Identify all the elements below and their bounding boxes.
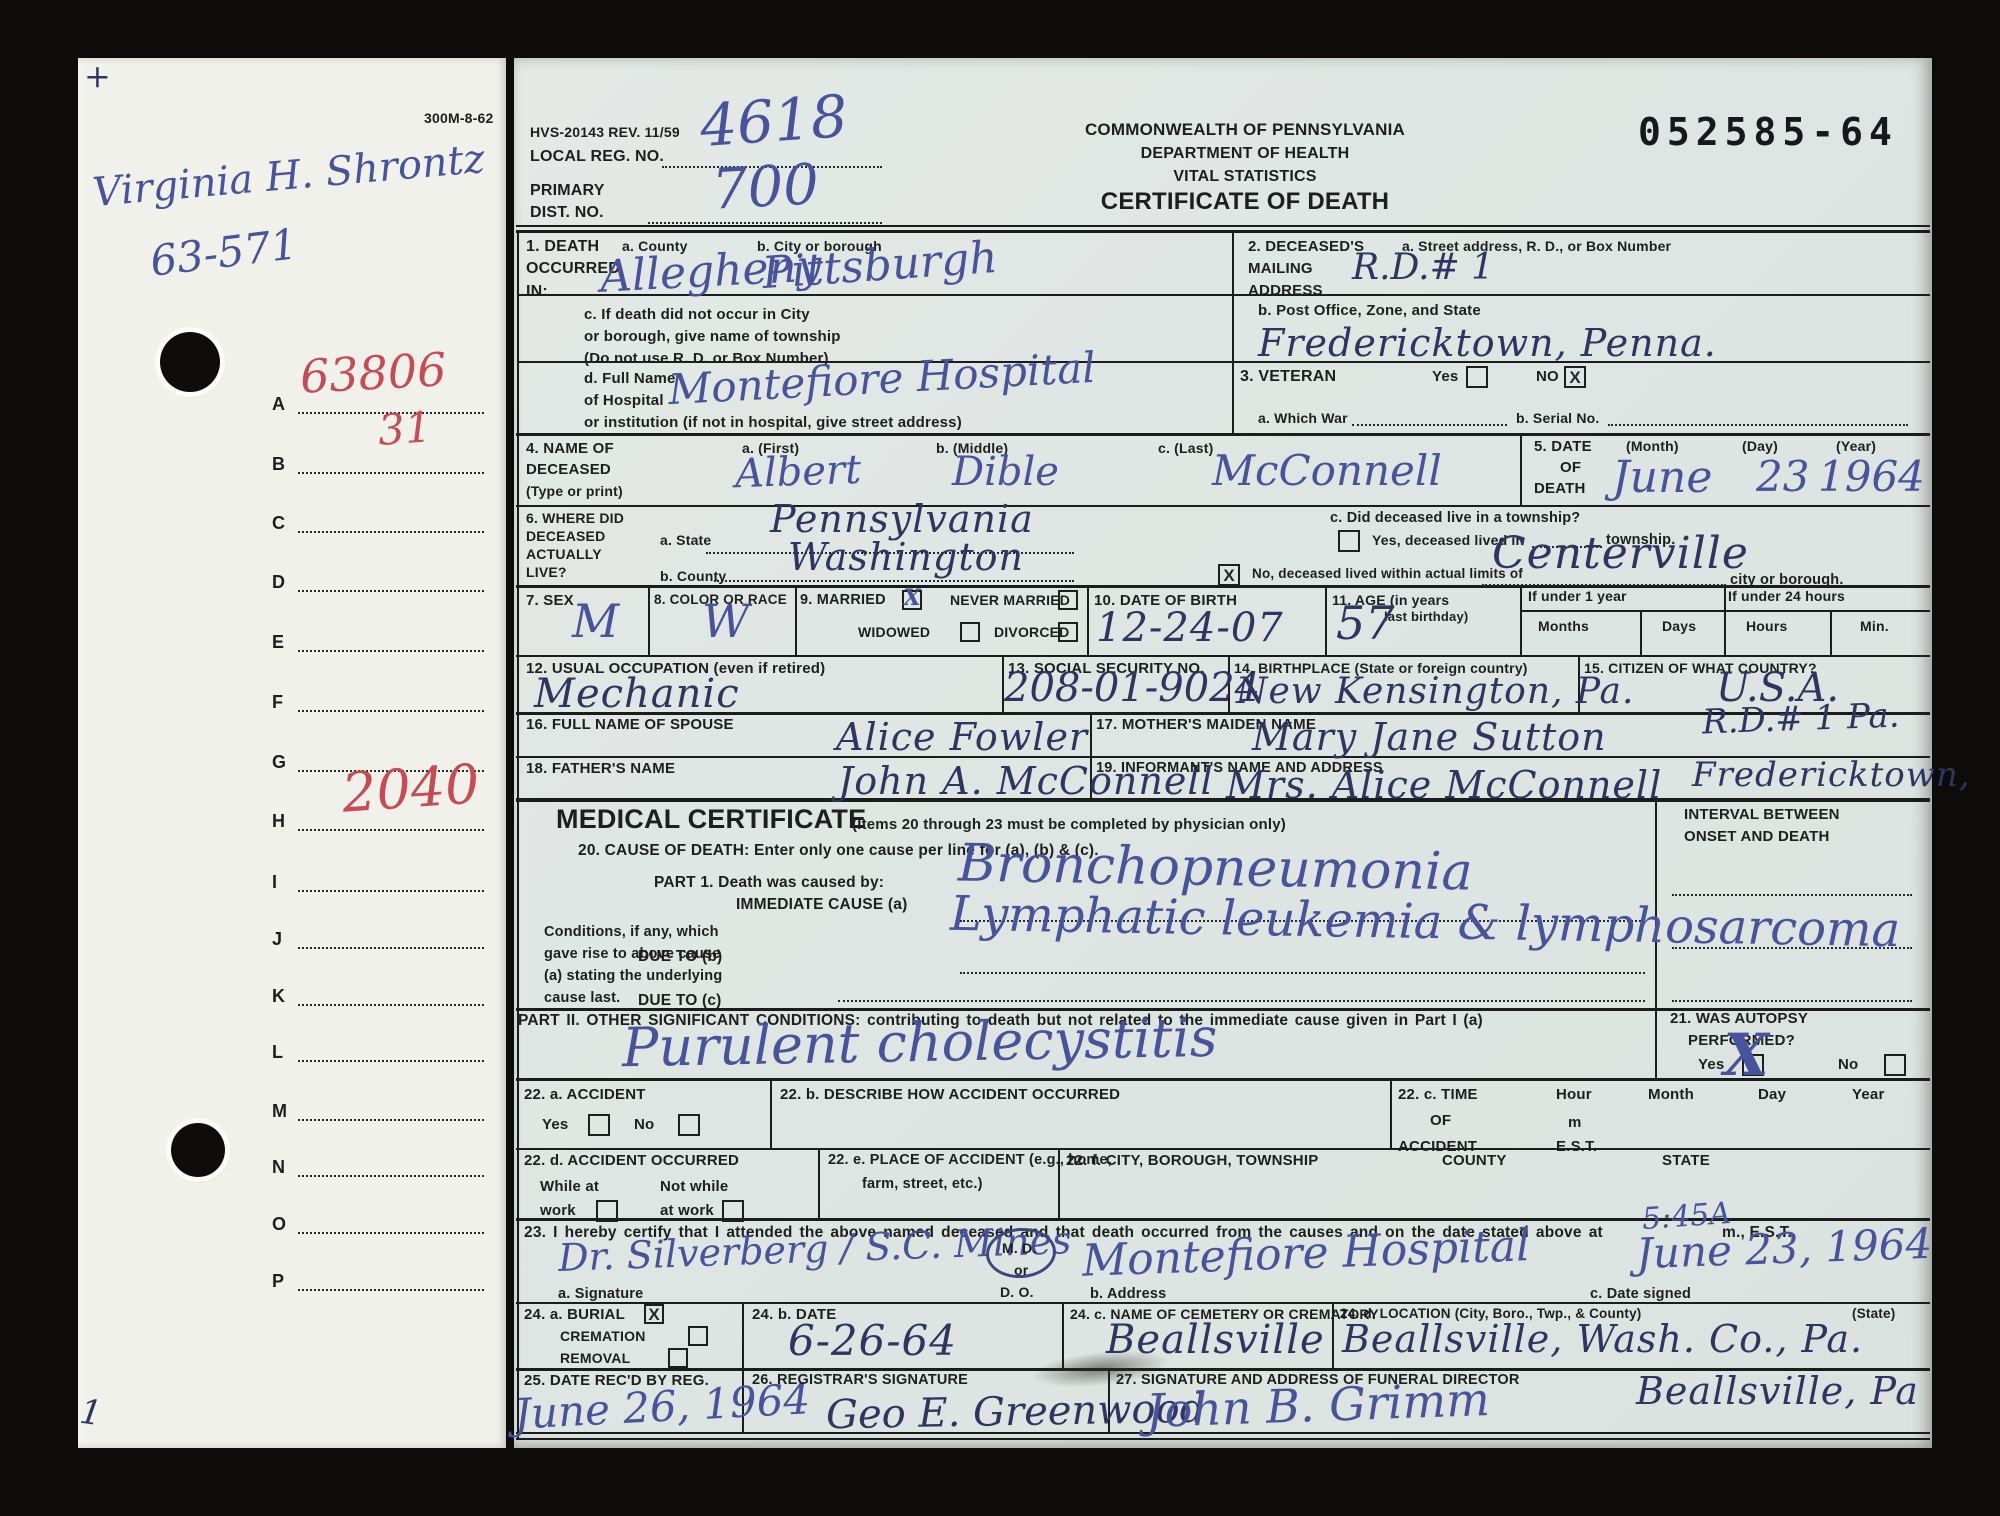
s6-borough-suffix: city or borough. bbox=[1730, 572, 1844, 589]
index-line bbox=[298, 650, 484, 652]
s10-dob-value: 12-24-07 bbox=[1096, 608, 1284, 648]
s9-widowed-label: WIDOWED bbox=[858, 624, 930, 640]
rule bbox=[516, 655, 1930, 657]
s23-address-label: b. Address bbox=[1090, 1286, 1166, 1303]
rule bbox=[1520, 433, 1522, 505]
s6-no-mark: X bbox=[1223, 567, 1234, 584]
s9-widowed-checkbox bbox=[960, 622, 980, 642]
s5-month-value: June bbox=[1612, 456, 1712, 500]
s4-last-value: McConnell bbox=[1212, 450, 1442, 492]
s22f-city-label: 22. f. CITY, BOROUGH, TOWNSHIP bbox=[1066, 1152, 1318, 1169]
rule bbox=[1390, 1078, 1392, 1148]
rule bbox=[516, 1302, 1930, 1304]
s1-hospital-label-2: of Hospital bbox=[584, 392, 664, 409]
s20-conditions-4: cause last. bbox=[544, 990, 620, 1007]
index-letter: J bbox=[272, 929, 282, 950]
index-line bbox=[298, 590, 484, 592]
punch-hole-bottom bbox=[171, 1123, 225, 1177]
index-value-b: 31 bbox=[377, 406, 433, 452]
index-letter: B bbox=[272, 454, 285, 475]
s22a-yes-checkbox bbox=[588, 1114, 610, 1136]
s22a-accident-label: 22. a. ACCIDENT bbox=[524, 1086, 646, 1103]
index-line bbox=[298, 531, 484, 533]
rule bbox=[1520, 610, 1930, 612]
s24-removal-checkbox bbox=[668, 1348, 688, 1368]
s6-state-value: Pennsylvania bbox=[770, 500, 1034, 538]
org-line3: VITAL STATISTICS bbox=[1010, 168, 1480, 186]
s22d-while-label-2: work bbox=[540, 1202, 576, 1219]
index-letter: H bbox=[272, 811, 285, 832]
s19-informant-addr-line2: Fredericktown, bbox=[1692, 758, 1971, 792]
part2-value: Purulent cholecystitis bbox=[622, 1011, 1218, 1075]
dist-no-value: 700 bbox=[711, 157, 821, 219]
s22f-county-label: COUNTY bbox=[1442, 1152, 1507, 1169]
s24-removal-label: REMOVAL bbox=[560, 1350, 630, 1366]
s1-label-1: 1. DEATH bbox=[526, 238, 599, 256]
s9-married-checkbox: X bbox=[902, 590, 922, 610]
s6-no-checkbox: X bbox=[1218, 564, 1240, 586]
index-letter: A bbox=[272, 394, 285, 415]
interval-label-1: INTERVAL BETWEEN bbox=[1684, 806, 1840, 823]
s20-cause-b-line bbox=[960, 972, 1645, 974]
s11-age-value: 57 bbox=[1336, 600, 1395, 646]
rule bbox=[517, 230, 519, 1438]
rule bbox=[1724, 585, 1726, 655]
s3-no-label: NO bbox=[1536, 368, 1559, 385]
interval-label-2: ONSET AND DEATH bbox=[1684, 828, 1830, 845]
org-line1: COMMONWEALTH OF PENNSYLVANIA bbox=[1010, 120, 1480, 140]
rule bbox=[1520, 585, 1522, 655]
rule bbox=[1325, 585, 1327, 655]
punch-hole-top bbox=[160, 332, 220, 392]
rule bbox=[516, 505, 1930, 507]
index-line bbox=[298, 947, 484, 949]
index-letter: D bbox=[272, 572, 285, 593]
rule bbox=[516, 225, 1930, 227]
s3-serial-label: b. Serial No. bbox=[1516, 410, 1600, 426]
s6-label-2: DECEASED bbox=[526, 528, 605, 544]
file-number-stamp: 052585-64 bbox=[1638, 110, 1898, 154]
s24-cremation-checkbox bbox=[688, 1326, 708, 1346]
index-line bbox=[298, 710, 484, 712]
index-letter: K bbox=[272, 986, 285, 1007]
s20-due-c-label: DUE TO (c) bbox=[638, 992, 722, 1010]
s1-hospital-label-1: d. Full Name bbox=[584, 370, 676, 387]
s6-county-line bbox=[714, 580, 1074, 582]
s8-race-value: W bbox=[702, 598, 749, 644]
rule bbox=[795, 585, 797, 655]
s2-label-2: MAILING bbox=[1248, 260, 1313, 277]
s1-township-note-2: or borough, give name of township bbox=[584, 328, 841, 345]
s19-informant-addr-line1: R.D.# 1 Pa. bbox=[1701, 699, 1900, 740]
index-letter: P bbox=[272, 1271, 284, 1292]
s22c-hour-label: Hour bbox=[1556, 1086, 1592, 1103]
s5-day-value: 23 bbox=[1756, 456, 1809, 498]
rule bbox=[1087, 585, 1089, 655]
s20-conditions-3: (a) stating the underlying bbox=[544, 968, 722, 985]
s11-months-label: Months bbox=[1538, 618, 1589, 634]
index-value-a: 63806 bbox=[299, 346, 448, 400]
s20-part1-label: PART 1. Death was caused by: bbox=[654, 874, 884, 892]
local-reg-value: 4618 bbox=[698, 87, 849, 155]
s20-cause-c-line bbox=[838, 1000, 1645, 1002]
index-line bbox=[298, 472, 484, 474]
s22c-month-label: Month bbox=[1648, 1086, 1694, 1103]
index-letter: E bbox=[272, 632, 284, 653]
s4-label-3: (Type or print) bbox=[526, 483, 623, 499]
s4-label-2: DECEASED bbox=[526, 461, 611, 478]
rule bbox=[516, 1148, 1930, 1150]
s21-no-checkbox bbox=[1884, 1054, 1906, 1076]
s2-street-value: R.D.# 1 bbox=[1352, 250, 1494, 286]
index-letter: M bbox=[272, 1101, 287, 1122]
s23-or-label: or bbox=[1014, 1262, 1028, 1278]
s23-signature-label: a. Signature bbox=[558, 1286, 643, 1303]
index-letter: C bbox=[272, 513, 285, 534]
s7-sex-value: M bbox=[572, 598, 619, 644]
medical-certificate-title: MEDICAL CERTIFICATE bbox=[556, 804, 866, 835]
s3-yes-checkbox bbox=[1466, 366, 1488, 388]
s11-min-label: Min. bbox=[1860, 618, 1889, 634]
s2-label-3: ADDRESS bbox=[1248, 282, 1323, 299]
certificate-title: CERTIFICATE OF DEATH bbox=[1010, 188, 1480, 216]
s23-date-signed-label: c. Date signed bbox=[1590, 1286, 1691, 1303]
s4-first-value: Albert bbox=[734, 450, 861, 494]
index-letter: O bbox=[272, 1214, 286, 1235]
s1-township-note-1: c. If death did not occur in City bbox=[584, 306, 810, 323]
s2-postoffice-label: b. Post Office, Zone, and State bbox=[1258, 302, 1481, 319]
s22d-while-label-1: While at bbox=[540, 1178, 599, 1195]
s24-burial-mark: X bbox=[648, 1306, 659, 1323]
rule bbox=[1640, 610, 1642, 655]
s2-postoffice-value: Fredericktown, Penna. bbox=[1258, 324, 1717, 362]
rule bbox=[818, 1148, 820, 1218]
index-letter: I bbox=[272, 872, 277, 893]
s20-immediate-label: IMMEDIATE CAUSE (a) bbox=[736, 896, 907, 914]
s22d-occurred-label: 22. d. ACCIDENT OCCURRED bbox=[524, 1152, 739, 1169]
s24-cremation-label: CREMATION bbox=[560, 1328, 646, 1344]
s13-ssn-value: 208-01-9024 bbox=[1004, 668, 1260, 708]
s19-informant-name: Mrs. Alice McConnell bbox=[1226, 766, 1662, 804]
form-number: HVS-20143 REV. 11/59 bbox=[530, 124, 680, 140]
s6-place-value: Centerville bbox=[1492, 532, 1749, 576]
s11-age-label-2: last birthday) bbox=[1384, 610, 1468, 625]
s3-no-checkbox: X bbox=[1564, 366, 1586, 388]
s4-label-1: 4. NAME OF bbox=[526, 440, 614, 457]
s11-under24hr-label: If under 24 hours bbox=[1728, 588, 1845, 604]
org-line2: DEPARTMENT OF HEALTH bbox=[1010, 145, 1480, 163]
s16-spouse-value: Alice Fowler bbox=[836, 718, 1088, 756]
index-line bbox=[298, 890, 484, 892]
s6-state-label: a. State bbox=[660, 532, 711, 548]
s16-spouse-label: 16. FULL NAME OF SPOUSE bbox=[526, 716, 734, 733]
s22c-est-label: E.S.T. bbox=[1556, 1138, 1597, 1155]
stub-form-code: 300M-8-62 bbox=[424, 110, 494, 126]
s22d-notwhile-label-1: Not while bbox=[660, 1178, 728, 1195]
s23-md-label: M. D. bbox=[1002, 1240, 1036, 1256]
s21-yes-label: Yes bbox=[1698, 1056, 1724, 1073]
s6-label-3: ACTUALLY bbox=[526, 546, 602, 562]
interval-line-a bbox=[1672, 894, 1912, 896]
s27-funeral-director-address: Beallsville, Pa bbox=[1636, 1372, 1919, 1410]
s4-last-label: c. (Last) bbox=[1158, 440, 1213, 456]
s7-sex-label: 7. SEX bbox=[526, 592, 574, 609]
interval-line-c bbox=[1672, 1000, 1912, 1002]
s5-label-3: DEATH bbox=[1534, 480, 1586, 497]
s11-hours-label: Hours bbox=[1746, 618, 1787, 634]
rule bbox=[516, 798, 1930, 802]
index-line bbox=[298, 1232, 484, 1234]
index-line bbox=[298, 1175, 484, 1177]
s6-county-value: Washington bbox=[788, 538, 1024, 576]
s22c-year-label: Year bbox=[1852, 1086, 1885, 1103]
s6-label-4: LIVE? bbox=[526, 564, 567, 580]
s17-mother-value: Mary Jane Sutton bbox=[1252, 718, 1607, 756]
s22c-day-label: Day bbox=[1758, 1086, 1786, 1103]
s21-no-label: No bbox=[1838, 1056, 1858, 1073]
index-letter: F bbox=[272, 692, 283, 713]
rule bbox=[770, 1078, 772, 1148]
rule bbox=[648, 585, 650, 655]
s22a-no-checkbox bbox=[678, 1114, 700, 1136]
s22d-while-checkbox bbox=[596, 1200, 618, 1222]
s6-yes-checkbox bbox=[1338, 530, 1360, 552]
s24-burial-checkbox: X bbox=[644, 1304, 664, 1324]
s21-yes-checkbox: X bbox=[1742, 1054, 1764, 1076]
scanned-death-certificate: + 300M-8-62 Virginia H. Shrontz 63-571 A… bbox=[0, 0, 2000, 1516]
s1-label-3: IN: bbox=[526, 283, 548, 301]
s3-serial-line bbox=[1608, 424, 1908, 426]
pen-plus-mark: + bbox=[84, 60, 111, 92]
rule bbox=[1830, 610, 1832, 655]
s18-father-label: 18. FATHER'S NAME bbox=[526, 760, 675, 777]
s22c-time-label: 22. c. TIME bbox=[1398, 1086, 1478, 1103]
s27-funeral-director-signature: John B. Grimm bbox=[1145, 1376, 1490, 1434]
s21-yes-mark: X bbox=[1724, 1026, 1769, 1084]
s11-days-label: Days bbox=[1662, 618, 1696, 634]
s1-hospital-label-3: or institution (if not in hospital, give… bbox=[584, 414, 962, 431]
dist-no-line bbox=[648, 222, 882, 224]
s22d-notwhile-checkbox bbox=[722, 1200, 744, 1222]
s3-yes-label: Yes bbox=[1432, 368, 1458, 385]
index-line bbox=[298, 1060, 484, 1062]
s9-never-checkbox bbox=[1058, 590, 1078, 610]
s3-war-line bbox=[1352, 424, 1507, 426]
index-letter: G bbox=[272, 752, 286, 773]
s5-label-2: OF bbox=[1560, 459, 1581, 476]
index-line bbox=[298, 1289, 484, 1291]
s22c-of-label: OF bbox=[1430, 1112, 1451, 1129]
s9-married-label: 9. MARRIED bbox=[800, 592, 886, 609]
rule bbox=[1232, 232, 1234, 433]
s22c-m-label: m bbox=[1568, 1114, 1582, 1131]
index-value-h: 2040 bbox=[340, 757, 481, 820]
s3-war-label: a. Which War bbox=[1258, 410, 1348, 426]
s20-due-b-label: DUE TO (b) bbox=[638, 948, 722, 966]
index-letter: N bbox=[272, 1157, 285, 1178]
index-line bbox=[298, 829, 484, 831]
local-reg-label: LOCAL REG. NO. bbox=[530, 148, 664, 166]
s26-registrar-label: 26. REGISTRAR'S SIGNATURE bbox=[752, 1372, 968, 1389]
primary-label: PRIMARY bbox=[530, 182, 605, 200]
s2-label-1: 2. DECEASED'S bbox=[1248, 238, 1364, 255]
medical-certificate-subtitle: (Items 20 through 23 must be completed b… bbox=[852, 816, 1286, 833]
s6-label-1: 6. WHERE DID bbox=[526, 510, 624, 526]
rule bbox=[516, 1078, 1930, 1081]
s22b-describe-label: 22. b. DESCRIBE HOW ACCIDENT OCCURRED bbox=[780, 1086, 1120, 1103]
rule bbox=[516, 1438, 1930, 1440]
s20-conditions-1: Conditions, if any, which bbox=[544, 924, 719, 941]
s5-year-value: 1964 bbox=[1818, 456, 1925, 498]
s12-occupation-value: Mechanic bbox=[534, 674, 740, 714]
s22e-place-label-2: farm, street, etc.) bbox=[862, 1176, 983, 1193]
s22d-notwhile-label-2: at work bbox=[660, 1202, 714, 1219]
s14-birthplace-value: New Kensington, Pa. bbox=[1236, 674, 1634, 710]
s22a-no-label: No bbox=[634, 1116, 654, 1133]
s9-married-mark: X bbox=[903, 587, 920, 609]
s22a-yes-label: Yes bbox=[542, 1116, 568, 1133]
s23-do-label: D. O. bbox=[1000, 1284, 1034, 1300]
index-letter: L bbox=[272, 1042, 283, 1063]
s9-divorced-checkbox bbox=[1058, 622, 1078, 642]
s24-location-value: Beallsville, Wash. Co., Pa. bbox=[1342, 1320, 1863, 1358]
s3-no-mark: X bbox=[1569, 369, 1580, 386]
rule bbox=[516, 230, 1930, 233]
s3-veteran-label: 3. VETERAN bbox=[1240, 368, 1336, 386]
s11-under1yr-label: If under 1 year bbox=[1528, 588, 1627, 604]
s24-date-value: 6-26-64 bbox=[788, 1320, 957, 1362]
rule bbox=[516, 433, 1930, 436]
s23-date-signed-value: June 23, 1964 bbox=[1635, 1223, 1932, 1275]
dist-no-label: DIST. NO. bbox=[530, 204, 604, 222]
s4-middle-value: Dible bbox=[952, 452, 1059, 492]
s22f-state-label: STATE bbox=[1662, 1152, 1710, 1169]
s5-label-1: 5. DATE bbox=[1534, 438, 1592, 455]
s9-never-label: NEVER MARRIED bbox=[950, 592, 1070, 608]
index-line bbox=[298, 1004, 484, 1006]
index-line bbox=[298, 1119, 484, 1121]
s6-township-question: c. Did deceased live in a township? bbox=[1330, 510, 1580, 527]
s6-no-text: No, deceased lived within actual limits … bbox=[1252, 566, 1523, 582]
s24-burial-label: 24. a. BURIAL bbox=[524, 1306, 625, 1323]
s6-limits-line bbox=[1482, 584, 1726, 586]
rule bbox=[742, 1302, 744, 1368]
